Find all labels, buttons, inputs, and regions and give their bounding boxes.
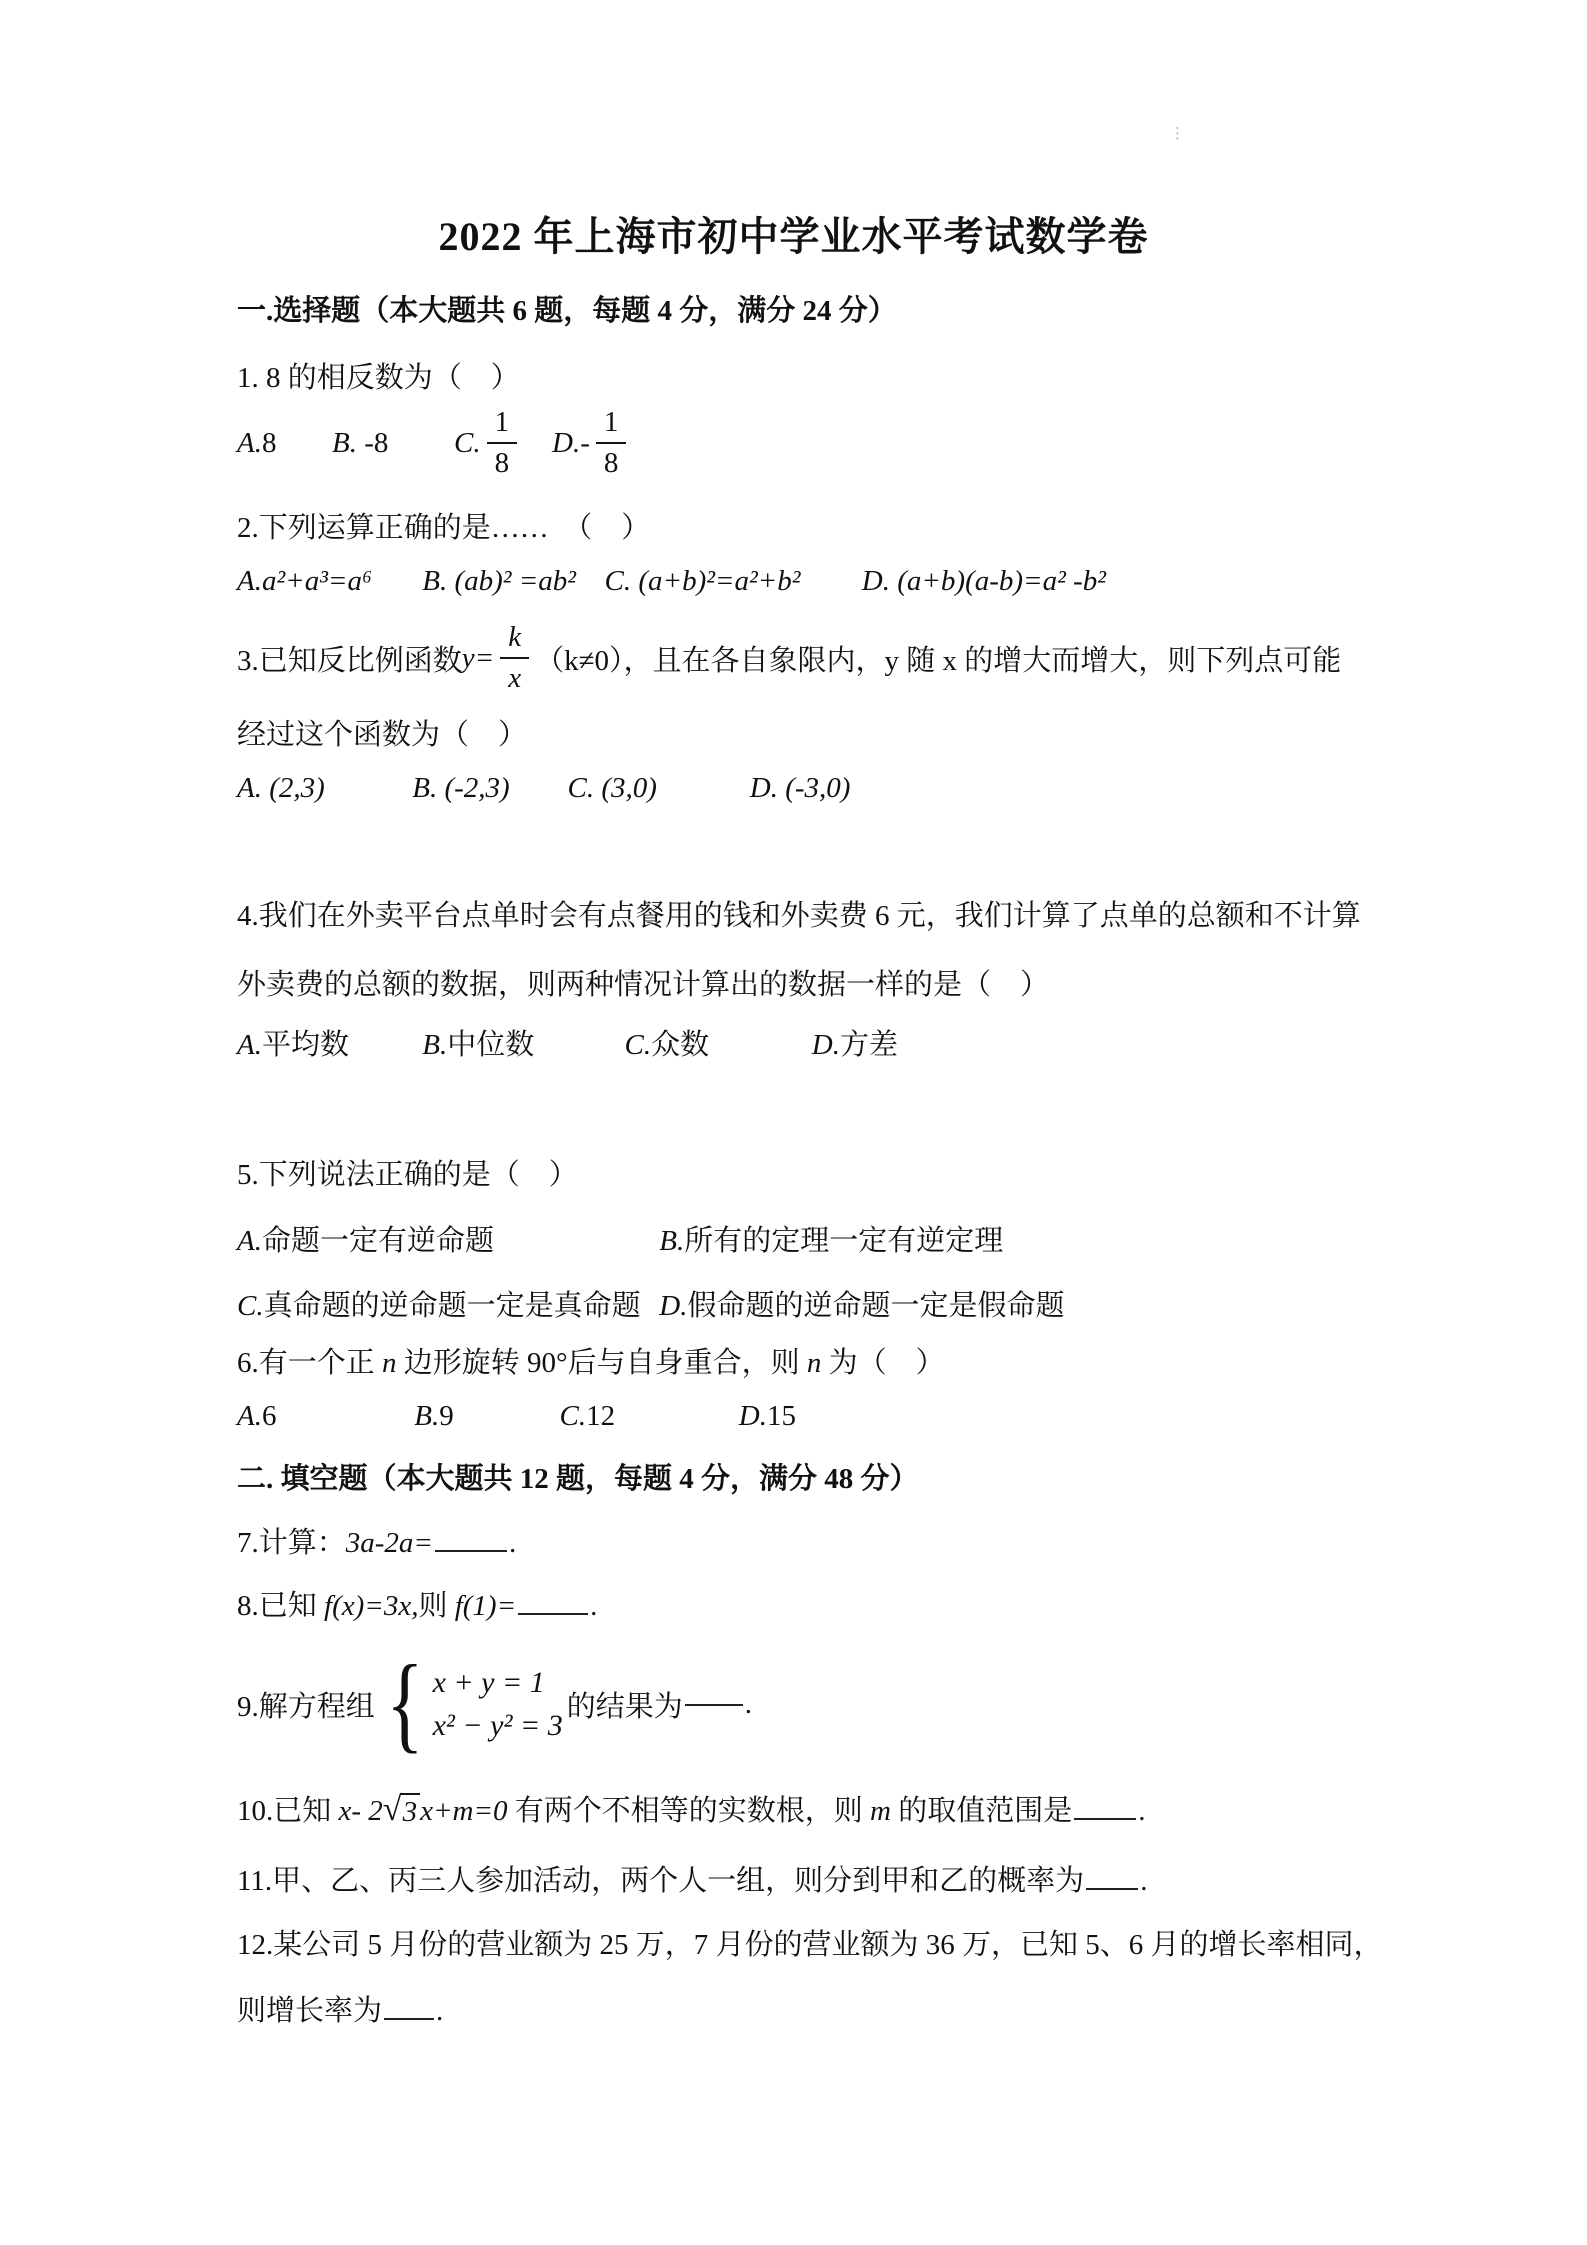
- answer-blank: [518, 1611, 588, 1615]
- q2-option-c: C. (a+b)²=a²+b²: [605, 565, 855, 598]
- square-root: √3: [383, 1793, 420, 1829]
- q6-text: 为（ ）: [821, 1347, 944, 1379]
- q5-option-b: B.所有的定理一定有逆定理: [659, 1218, 1003, 1259]
- question-1-stem: 1. 8 的相反数为（ ）: [237, 355, 520, 396]
- q2-option-d: D. (a+b)(a-b)=a² -b²: [862, 565, 1106, 598]
- option-label: C.: [237, 1290, 264, 1322]
- question-9: 9.解方程组 { x + y = 1 x² − y² = 3 的结果为 .: [237, 1648, 752, 1760]
- option-label: A.: [237, 1400, 262, 1432]
- q4-option-d: D.方差: [812, 1022, 898, 1063]
- question-4-options: A.平均数 B.中位数 C.众数 D.方差: [237, 1022, 898, 1063]
- q4-option-b: B.中位数: [422, 1022, 617, 1063]
- q3-option-a: A. (2,3): [237, 772, 405, 805]
- option-text: 9: [439, 1400, 454, 1432]
- fraction-numerator: k: [500, 621, 529, 659]
- q8-text: 则: [418, 1590, 454, 1622]
- answer-blank: [1086, 1886, 1138, 1890]
- q10-text: 10.已知: [237, 1795, 339, 1827]
- q5-option-a: A.命题一定有逆命题: [237, 1218, 652, 1259]
- question-8: 8.已知 f(x)=3x,则 f(1)=.: [237, 1583, 597, 1624]
- option-label: C.: [625, 1029, 652, 1061]
- q7-text: 7.计算：: [237, 1527, 346, 1559]
- q8-period: .: [590, 1590, 597, 1622]
- option-label: D.-: [552, 427, 590, 460]
- fraction-k-over-x: kx: [500, 621, 529, 696]
- q10-period: .: [1138, 1795, 1145, 1827]
- fraction-denominator: x: [500, 659, 529, 695]
- q3-text-suffix: （k≠0），且在各自象限内，y 随 x 的增大而增大，则下列点可能: [535, 638, 1341, 679]
- q10-text: 的取值范围是: [891, 1795, 1072, 1827]
- answer-blank: [435, 1548, 507, 1552]
- q11-period: .: [1140, 1865, 1147, 1897]
- question-5-stem: 5.下列说法正确的是（ ）: [237, 1152, 578, 1193]
- equation-1: x + y = 1: [433, 1666, 563, 1699]
- option-text: 方差: [840, 1029, 898, 1061]
- question-6-options: A.6 B.9 C.12 D.15: [237, 1400, 796, 1433]
- q8-expression: f(1)=: [455, 1590, 516, 1622]
- option-text: 12: [586, 1400, 615, 1432]
- option-text: 15: [767, 1400, 796, 1432]
- question-4-stem-line2: 外卖费的总额的数据，则两种情况计算出的数据一样的是（ ）: [237, 962, 1049, 1003]
- q9-text: 的结果为: [567, 1684, 683, 1725]
- question-10: 10.已知 x- 2√3x+m=0 有两个不相等的实数根，则 m 的取值范围是.: [237, 1788, 1146, 1829]
- question-3-stem-line1: 3.已知反比例函数 y= kx （k≠0），且在各自象限内，y 随 x 的增大而…: [237, 612, 1341, 704]
- option-label: B.: [414, 1400, 439, 1432]
- q8-expression: f(x)=3x,: [324, 1590, 418, 1622]
- q1-option-c: C. 18: [454, 406, 552, 481]
- system-equations: x + y = 1 x² − y² = 3: [433, 1666, 563, 1742]
- option-text: 众数: [651, 1029, 709, 1061]
- option-label: A.: [237, 427, 262, 459]
- option-text: 中位数: [447, 1029, 534, 1061]
- question-1-options: A.8 B. -8 C. 18 D.- 18: [237, 398, 632, 488]
- question-7: 7.计算：3a-2a=.: [237, 1520, 516, 1561]
- system-brace: {: [386, 1661, 423, 1747]
- option-label: B.: [332, 427, 357, 459]
- q7-period: .: [509, 1527, 516, 1559]
- question-12-line1: 12.某公司 5 月份的营业额为 25 万，7 月份的营业额为 36 万，已知 …: [237, 1922, 1383, 1963]
- option-text: 6: [262, 1400, 277, 1432]
- exam-document-page: ⋮ 2022 年上海市初中学业水平考试数学卷 一.选择题（本大题共 6 题，每题…: [0, 0, 1587, 2245]
- q10-expression: x+m=0: [420, 1795, 507, 1827]
- question-3-options: A. (2,3) B. (-2,3) C. (3,0) D. (-3,0): [237, 772, 850, 805]
- question-2-stem: 2.下列运算正确的是…… （ ）: [237, 505, 650, 546]
- overflow-dots-artifact: ⋮: [1170, 124, 1185, 142]
- q2-option-b: B. (ab)² =ab²: [422, 565, 597, 598]
- q1-option-d: D.- 18: [552, 406, 632, 481]
- q6-text: 边形旋转 90°后与自身重合，则: [397, 1347, 807, 1379]
- q6-option-d: D.15: [739, 1400, 796, 1433]
- question-5-options-row2: C.真命题的逆命题一定是真命题 D.假命题的逆命题一定是假命题: [237, 1283, 1064, 1324]
- question-11: 11.甲、乙、丙三人参加活动，两个人一组，则分到甲和乙的概率为.: [237, 1858, 1147, 1899]
- option-text: 平均数: [262, 1029, 349, 1061]
- option-label: B.: [659, 1225, 684, 1257]
- option-label: D.: [739, 1400, 767, 1432]
- q4-option-a: A.平均数: [237, 1022, 415, 1063]
- q6-option-b: B.9: [414, 1400, 552, 1433]
- q10-var-m: m: [870, 1795, 891, 1827]
- section1-header: 一.选择题（本大题共 6 题，每题 4 分，满分 24 分）: [237, 288, 897, 329]
- q9-text: 9.解方程组: [237, 1684, 375, 1725]
- answer-blank: [384, 2016, 434, 2020]
- q5-option-d: D.假命题的逆命题一定是假命题: [659, 1283, 1064, 1324]
- q8-text: 8.已知: [237, 1590, 324, 1622]
- q1-option-b: B. -8: [332, 427, 454, 460]
- equation-system: { x + y = 1 x² − y² = 3: [379, 1661, 563, 1747]
- question-2-options: A.a²+a³=a⁶ B. (ab)² =ab² C. (a+b)²=a²+b²…: [237, 565, 1106, 598]
- fraction-one-eighth: 18: [596, 406, 627, 481]
- q6-option-a: A.6: [237, 1400, 407, 1433]
- q2-option-a: A.a²+a³=a⁶: [237, 565, 415, 598]
- q6-var-n: n: [382, 1347, 397, 1379]
- option-label: C.: [454, 427, 481, 460]
- q3-text-prefix: 3.已知反比例函数: [237, 638, 462, 679]
- q6-text: 6.有一个正: [237, 1347, 382, 1379]
- option-text: -8: [357, 427, 388, 459]
- option-text: 所有的定理一定有逆定理: [684, 1225, 1003, 1257]
- option-label: C.: [560, 1400, 587, 1432]
- q10-text: 有两个不相等的实数根，则: [508, 1795, 871, 1827]
- question-4-stem-line1: 4.我们在外卖平台点单时会有点餐用的钱和外卖费 6 元，我们计算了点单的总额和不…: [237, 893, 1361, 934]
- question-6-stem: 6.有一个正 n 边形旋转 90°后与自身重合，则 n 为（ ）: [237, 1340, 945, 1381]
- option-label: A.: [237, 1225, 262, 1257]
- equation-2: x² − y² = 3: [433, 1709, 563, 1742]
- option-label: B.: [422, 1029, 447, 1061]
- answer-blank: [685, 1702, 743, 1706]
- question-5-options-row1: A.命题一定有逆命题 B.所有的定理一定有逆定理: [237, 1218, 1003, 1259]
- option-text: 真命题的逆命题一定是真命题: [264, 1290, 641, 1322]
- page-title: 2022 年上海市初中学业水平考试数学卷: [0, 205, 1587, 262]
- q4-option-c: C.众数: [625, 1022, 805, 1063]
- q12-text: 则增长率为: [237, 1995, 382, 2027]
- option-text: 命题一定有逆命题: [262, 1225, 494, 1257]
- option-label: A.: [237, 1029, 262, 1061]
- fraction-denominator: 8: [596, 444, 627, 480]
- fraction-one-eighth: 18: [487, 406, 518, 481]
- section2-header: 二. 填空题（本大题共 12 题，每题 4 分，满分 48 分）: [237, 1456, 919, 1497]
- q10-expression: x- 2: [339, 1795, 383, 1827]
- fraction-numerator: 1: [596, 406, 627, 444]
- option-label: D.: [812, 1029, 840, 1061]
- option-text: 8: [262, 427, 277, 459]
- q3-option-b: B. (-2,3): [412, 772, 560, 805]
- q11-text: 11.甲、乙、丙三人参加活动，两个人一组，则分到甲和乙的概率为: [237, 1865, 1084, 1897]
- q3-option-c: C. (3,0): [568, 772, 743, 805]
- fraction-denominator: 8: [487, 444, 518, 480]
- q7-expression: 3a-2a=: [346, 1527, 433, 1559]
- radicand: 3: [400, 1793, 421, 1829]
- q12-period: .: [436, 1995, 443, 2027]
- question-3-stem-line2: 经过这个函数为（ ）: [237, 712, 527, 753]
- q3-y-equals: y=: [462, 642, 494, 675]
- q6-var-n: n: [807, 1347, 822, 1379]
- q9-period: .: [745, 1688, 752, 1721]
- question-12-line2: 则增长率为.: [237, 1988, 443, 2029]
- option-text: 假命题的逆命题一定是假命题: [687, 1290, 1064, 1322]
- q1-option-a: A.8: [237, 427, 332, 460]
- q3-option-d: D. (-3,0): [750, 772, 851, 805]
- fraction-numerator: 1: [487, 406, 518, 444]
- answer-blank: [1074, 1816, 1136, 1820]
- q5-option-c: C.真命题的逆命题一定是真命题: [237, 1283, 652, 1324]
- option-label: D.: [659, 1290, 687, 1322]
- q6-option-c: C.12: [560, 1400, 732, 1433]
